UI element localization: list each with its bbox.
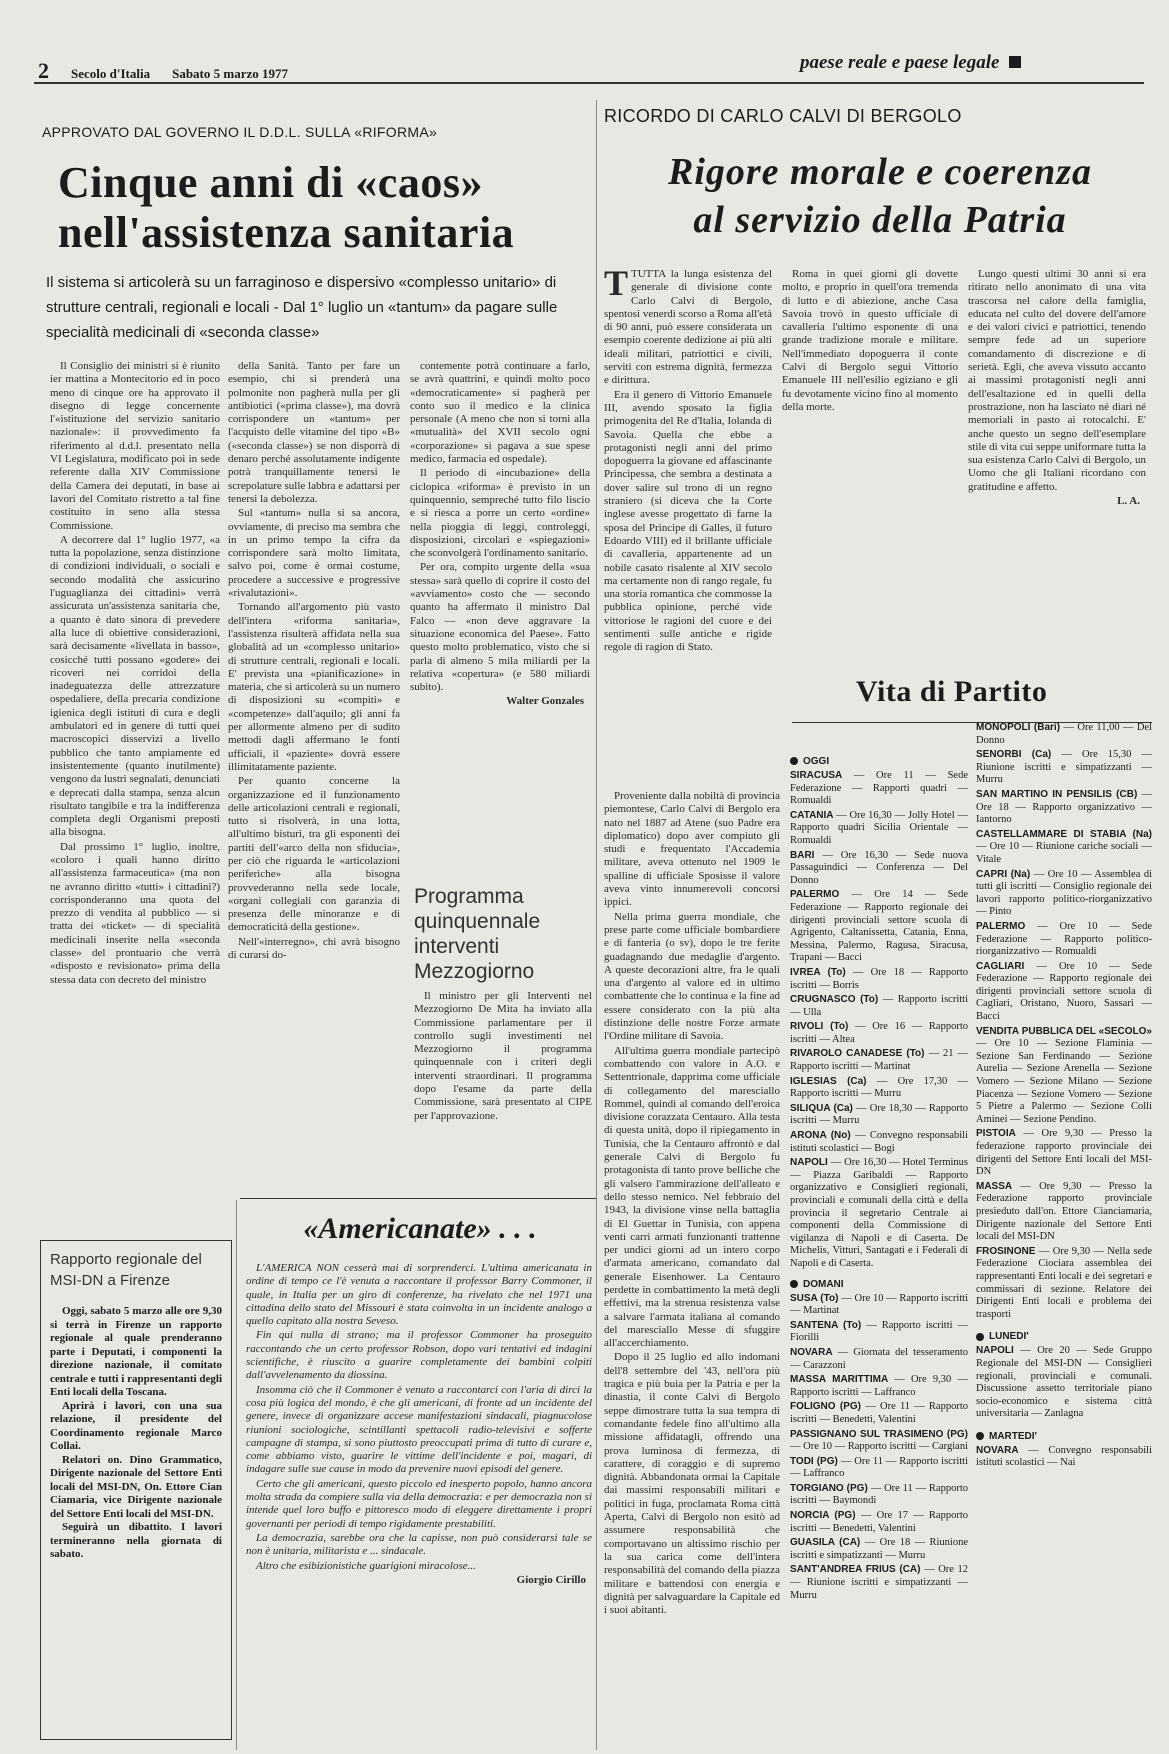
event-entry: SANT'ANDREA FRIUS (CA) — Ore 12 — Riunio… [790, 1564, 968, 1602]
event-place: IGLESIAS (Ca) [790, 1076, 877, 1087]
event-place: SUSA (To) [790, 1293, 841, 1304]
event-entry: CATANIA — Ore 16,30 — Jolly Hotel — Rapp… [790, 810, 968, 848]
calvi-column-1b: Proveniente dalla nobiltà di provincia p… [604, 790, 780, 1750]
event-place: FROSINONE [976, 1246, 1039, 1257]
main-kicker: APPROVATO DAL GOVERNO IL D.D.L. SULLA «R… [42, 124, 437, 140]
paragraph: Altro che esibizionistiche guarigioni mi… [246, 1560, 592, 1573]
event-entry: RIVAROLO CANADESE (To) — 21 — Rapporto i… [790, 1048, 968, 1073]
calvi-kicker: RICORDO DI CARLO CALVI DI BERGOLO [604, 106, 962, 127]
paragraph: contemente potrà continuare a farlo, se … [410, 360, 590, 466]
main-headline-line1: Cinque anni di «caos» [58, 158, 514, 208]
paragraph: A decorrere dal 1° luglio 1977, «a tutta… [50, 534, 220, 840]
event-place: SILIQUA (Ca) [790, 1103, 856, 1114]
paragraph: della Sanità. Tanto per fare un esempio,… [228, 360, 400, 506]
event-place: NORCIA (PG) [790, 1510, 861, 1521]
paragraph: Nella prima guerra mondiale, che prese p… [604, 911, 780, 1044]
paragraph: All'ultima guerra mondiale partecipò com… [604, 1045, 780, 1351]
event-entry: ARONA (No) — Convegno responsabili istit… [790, 1130, 968, 1155]
event-place: SIRACUSA [790, 770, 854, 781]
event-entry: BARI — Ore 16,30 — Sede nuova Passaguind… [790, 850, 968, 888]
event-place: RIVAROLO CANADESE (To) [790, 1048, 929, 1059]
author-signature: Giorgio Cirillo [246, 1574, 592, 1587]
calvi-headline-line1: Rigore morale e coerenza [600, 148, 1160, 196]
calvi-column-3: Lungo questi ultimi 30 anni si era ritir… [968, 268, 1146, 698]
vita-column-1: OGGI SIRACUSA — Ore 11 — Sede Federazion… [790, 752, 968, 1752]
event-entry: IGLESIAS (Ca) — Ore 17,30 — Rapporto isc… [790, 1076, 968, 1101]
main-deck: Il sistema si articolerà su un farragino… [46, 270, 586, 345]
event-place: IVREA (To) [790, 967, 853, 978]
event-entry: PISTOIA — Ore 9,30 — Presso la federazio… [976, 1128, 1152, 1178]
page-number: 2 [38, 58, 49, 84]
martedi-list: NOVARA — Convegno responsabili istituti … [976, 1445, 1152, 1470]
event-place: SANTENA (To) [790, 1320, 866, 1331]
event-entry: PALERMO — Ore 14 — Sede Federazione — Ra… [790, 889, 968, 965]
section-title: paese reale e paese legale [800, 52, 1021, 74]
event-place: ARONA (No) [790, 1130, 855, 1141]
square-bullet-icon [1009, 56, 1021, 68]
event-place: MASSA MARITTIMA [790, 1374, 894, 1385]
event-entry: IVREA (To) — Ore 18 — Rapporto iscritti … [790, 967, 968, 992]
paragraph: Sul «tantum» nulla si sa ancora, ovviame… [228, 507, 400, 600]
calvi-headline: Rigore morale e coerenza al servizio del… [600, 148, 1160, 244]
event-entry: VENDITA PUBBLICA DEL «SECOLO» — Ore 10 —… [976, 1026, 1152, 1127]
paragraph: Il Consiglio dei ministri si è riunito i… [50, 360, 220, 533]
event-place: NOVARA [790, 1347, 838, 1358]
oggi-list: SIRACUSA — Ore 11 — Sede Federazione — R… [790, 770, 968, 1271]
rapporto-box: Rapporto regionale del MSI-DN a Firenze … [40, 1240, 232, 1740]
paragraph: Per ora, compito urgente della «sua stes… [410, 561, 590, 694]
bullet-icon [976, 1432, 984, 1440]
event-entry: NORCIA (PG) — Ore 17 — Rapporto iscritti… [790, 1510, 968, 1535]
event-entry: RIVOLI (To) — Ore 16 — Rapporto iscritti… [790, 1021, 968, 1046]
section-lunedi: LUNEDI' [976, 1331, 1152, 1342]
event-place: SANT'ANDREA FRIUS (CA) [790, 1564, 924, 1575]
event-entry: MASSA — Ore 9,30 — Presso la Federazione… [976, 1181, 1152, 1244]
calvi-headline-line2: al servizio della Patria [600, 196, 1160, 244]
event-entry: NOVARA — Convegno responsabili istituti … [976, 1445, 1152, 1470]
section-label-text: MARTEDI' [989, 1431, 1037, 1442]
event-place: CASTELLAMMARE DI STABIA (Na) [976, 829, 1152, 840]
main-headline: Cinque anni di «caos» nell'assistenza sa… [58, 158, 514, 258]
event-place: CAPRI (Na) [976, 869, 1034, 880]
paragraph: Lungo questi ultimi 30 anni si era ritir… [968, 268, 1146, 494]
event-place: GUASILA (CA) [790, 1537, 865, 1548]
paragraph: Roma in quei giorni gli dovette molto, e… [782, 268, 958, 414]
event-place: PALERMO [976, 921, 1037, 932]
section-label-text: LUNEDI' [989, 1331, 1029, 1342]
calvi-signature: L. A. [968, 495, 1146, 508]
event-entry: MONOPOLI (Bari) — Ore 11,00 — Del Donno [976, 722, 1152, 747]
event-entry: SENORBI (Ca) — Ore 15,30 — Riunione iscr… [976, 749, 1152, 787]
issue-date: Sabato 5 marzo 1977 [172, 66, 288, 82]
main-column-1: Il Consiglio dei ministri si è riunito i… [50, 360, 220, 1290]
event-details: — Ore 20 — Sede Gruppo Regionale del MSI… [976, 1345, 1152, 1419]
event-entry: PALERMO — Ore 10 — Sede Federazione — Ra… [976, 921, 1152, 959]
vita-di-partito-title: Vita di Partito [856, 675, 1047, 709]
domani-list: SUSA (To) — Ore 10 — Rapporto iscritti —… [790, 1293, 968, 1603]
bullet-icon [976, 1333, 984, 1341]
masthead-left: 2 Secolo d'Italia Sabato 5 marzo 1977 [38, 58, 288, 84]
paragraph: Dopo il 25 luglio ed allo indomani dell'… [604, 1351, 780, 1617]
paragraph: La democrazia, sarebbe ora che la capiss… [246, 1532, 592, 1559]
drop-cap: T [604, 268, 628, 298]
event-place: MASSA [976, 1181, 1020, 1192]
paragraph: Fin qui nulla di strano; ma il professor… [246, 1329, 592, 1382]
paragraph: Aprirà i lavori, con una sua relazione, … [50, 1400, 222, 1454]
author-signature: Walter Gonzales [410, 695, 590, 708]
vita-column-2: MONOPOLI (Bari) — Ore 11,00 — Del DonnoS… [976, 722, 1152, 1752]
paragraph: TTUTTA la lunga esistenza del generale d… [604, 268, 772, 388]
event-entry: SAN MARTINO IN PENSILIS (CB) — Ore 18 — … [976, 789, 1152, 827]
event-details: — Ore 16,30 — Hotel Terminus — Piazza Ga… [790, 1157, 968, 1269]
section-domani: DOMANI [790, 1279, 968, 1290]
event-entry: SUSA (To) — Ore 10 — Rapporto iscritti —… [790, 1293, 968, 1318]
event-place: MONOPOLI (Bari) [976, 722, 1064, 733]
event-place: SAN MARTINO IN PENSILIS (CB) [976, 789, 1142, 800]
event-entry: NAPOLI — Ore 16,30 — Hotel Terminus — Pi… [790, 1157, 968, 1270]
section-title-text: paese reale e paese legale [800, 52, 999, 73]
paragraph: Era il genero di Vittorio Emanuele III, … [604, 389, 772, 655]
section-oggi: OGGI [790, 756, 968, 767]
event-place: PISTOIA [976, 1128, 1023, 1139]
event-entry: CAGLIARI — Ore 10 — Sede Federazione — R… [976, 961, 1152, 1024]
event-entry: TODI (PG) — Ore 11 — Rapporto iscritti —… [790, 1456, 968, 1481]
event-place: BARI [790, 850, 822, 861]
programma-body: Il ministro per gli Interventi nel Mezzo… [414, 990, 592, 1170]
event-entry: GUASILA (CA) — Ore 18 — Riunione iscritt… [790, 1537, 968, 1562]
column-divider [236, 1200, 237, 1750]
event-place: CATANIA [790, 810, 836, 821]
event-entry: SILIQUA (Ca) — Ore 18,30 — Rapporto iscr… [790, 1103, 968, 1128]
paragraph: Nell'«interregno», chi avrà bisogno di c… [228, 936, 400, 963]
section-label-text: DOMANI [803, 1279, 844, 1290]
paragraph: Per quanto concerne la organizzazione ed… [228, 775, 400, 935]
event-place: SENORBI (Ca) [976, 749, 1061, 760]
rapporto-body: Oggi, sabato 5 marzo alle ore 9,30 si te… [50, 1305, 222, 1562]
event-place: PASSIGNANO SUL TRASIMENO (PG) [790, 1429, 968, 1440]
event-entry: FOLIGNO (PG) — Ore 11 — Rapporto iscritt… [790, 1401, 968, 1426]
paragraph: Insomma ciò che il Commoner è venuto a r… [246, 1384, 592, 1477]
event-entry: PASSIGNANO SUL TRASIMENO (PG) — Ore 10 —… [790, 1429, 968, 1454]
event-details: — Ore 10 — Sezione Flaminia — Sezione Sa… [976, 1038, 1152, 1125]
paragraph: Certo che gli americani, questo piccolo … [246, 1478, 592, 1531]
event-entry: FROSINONE — Ore 9,30 — Nella sede Federa… [976, 1246, 1152, 1322]
paragraph: Proveniente dalla nobiltà di provincia p… [604, 790, 780, 910]
event-place: FOLIGNO (PG) [790, 1401, 865, 1412]
event-place: PALERMO [790, 889, 852, 900]
oggi-list-continued: MONOPOLI (Bari) — Ore 11,00 — Del DonnoS… [976, 722, 1152, 1321]
calvi-column-1: TTUTTA la lunga esistenza del generale d… [604, 268, 772, 788]
paragraph: Relatori on. Dino Grammatico, Dirigente … [50, 1454, 222, 1522]
event-details: — Ore 10 — Riunione cariche sociali — Vi… [976, 841, 1152, 865]
event-entry: MASSA MARITTIMA — Ore 9,30 — Rapporto is… [790, 1374, 968, 1399]
bullet-icon [790, 757, 798, 765]
paragraph: Seguirà un dibattito. I lavori terminera… [50, 1521, 222, 1562]
masthead-rule [34, 82, 1144, 84]
event-place: RIVOLI (To) [790, 1021, 855, 1032]
event-entry: SIRACUSA — Ore 11 — Sede Federazione — R… [790, 770, 968, 808]
event-details: — Ore 10 — Rapporto iscritti — Cargiani [790, 1441, 968, 1452]
main-column-3: contemente potrà continuare a farlo, se … [410, 360, 590, 830]
programma-headline: Programma quinquennale interventi Mezzog… [414, 884, 594, 984]
event-place: CAGLIARI [976, 961, 1036, 972]
event-place: CRUGNASCO (To) [790, 994, 883, 1005]
event-entry: CAPRI (Na) — Ore 10 — Assemblea di tutti… [976, 869, 1152, 919]
event-place: NAPOLI [790, 1157, 831, 1168]
paragraph: Il ministro per gli Interventi nel Mezzo… [414, 990, 592, 1123]
event-place: TODI (PG) [790, 1456, 841, 1467]
column-divider [596, 100, 597, 1750]
paragraph: Tornando all'argomento più vasto dell'in… [228, 601, 400, 774]
event-place: NOVARA [976, 1445, 1028, 1456]
americanate-body: L'AMERICA NON cesserà mai di sorprenderc… [246, 1262, 592, 1747]
paragraph: Oggi, sabato 5 marzo alle ore 9,30 si te… [50, 1305, 222, 1400]
paragraph-text: TUTTA la lunga esistenza del generale di… [604, 268, 772, 386]
bullet-icon [790, 1280, 798, 1288]
event-details: — Ore 14 — Sede Federazione — Rapporto r… [790, 889, 968, 963]
event-place: TORGIANO (PG) [790, 1483, 871, 1494]
americanate-headline: «Americanate» . . . [250, 1212, 590, 1246]
event-entry: NAPOLI — Ore 20 — Sede Gruppo Regionale … [976, 1345, 1152, 1421]
main-column-2: della Sanità. Tanto per fare un esempio,… [228, 360, 400, 1290]
section-label-text: OGGI [803, 756, 829, 767]
event-entry: CRUGNASCO (To) — Rapporto iscritti — Ull… [790, 994, 968, 1019]
event-place: VENDITA PUBBLICA DEL «SECOLO» [976, 1026, 1152, 1037]
newspaper-name: Secolo d'Italia [71, 66, 150, 82]
paragraph: L'AMERICA NON cesserà mai di sorprenderc… [246, 1262, 592, 1328]
calvi-column-2: Roma in quei giorni gli dovette molto, e… [782, 268, 958, 698]
event-entry: SANTENA (To) — Rapporto iscritti — Fiori… [790, 1320, 968, 1345]
section-rule [240, 1198, 596, 1199]
event-place: NAPOLI [976, 1345, 1020, 1356]
paragraph: Il periodo di «incubazione» della ciclop… [410, 467, 590, 560]
event-entry: CASTELLAMMARE DI STABIA (Na) — Ore 10 — … [976, 829, 1152, 867]
paragraph: Dal prossimo 1° luglio, inoltre, «coloro… [50, 841, 220, 987]
section-martedi: MARTEDI' [976, 1431, 1152, 1442]
event-entry: NOVARA — Giornata del tesseramento — Car… [790, 1347, 968, 1372]
lunedi-list: NAPOLI — Ore 20 — Sede Gruppo Regionale … [976, 1345, 1152, 1421]
rapporto-headline: Rapporto regionale del MSI-DN a Firenze [50, 1249, 222, 1291]
event-entry: TORGIANO (PG) — Ore 11 — Rapporto iscrit… [790, 1483, 968, 1508]
main-headline-line2: nell'assistenza sanitaria [58, 208, 514, 258]
